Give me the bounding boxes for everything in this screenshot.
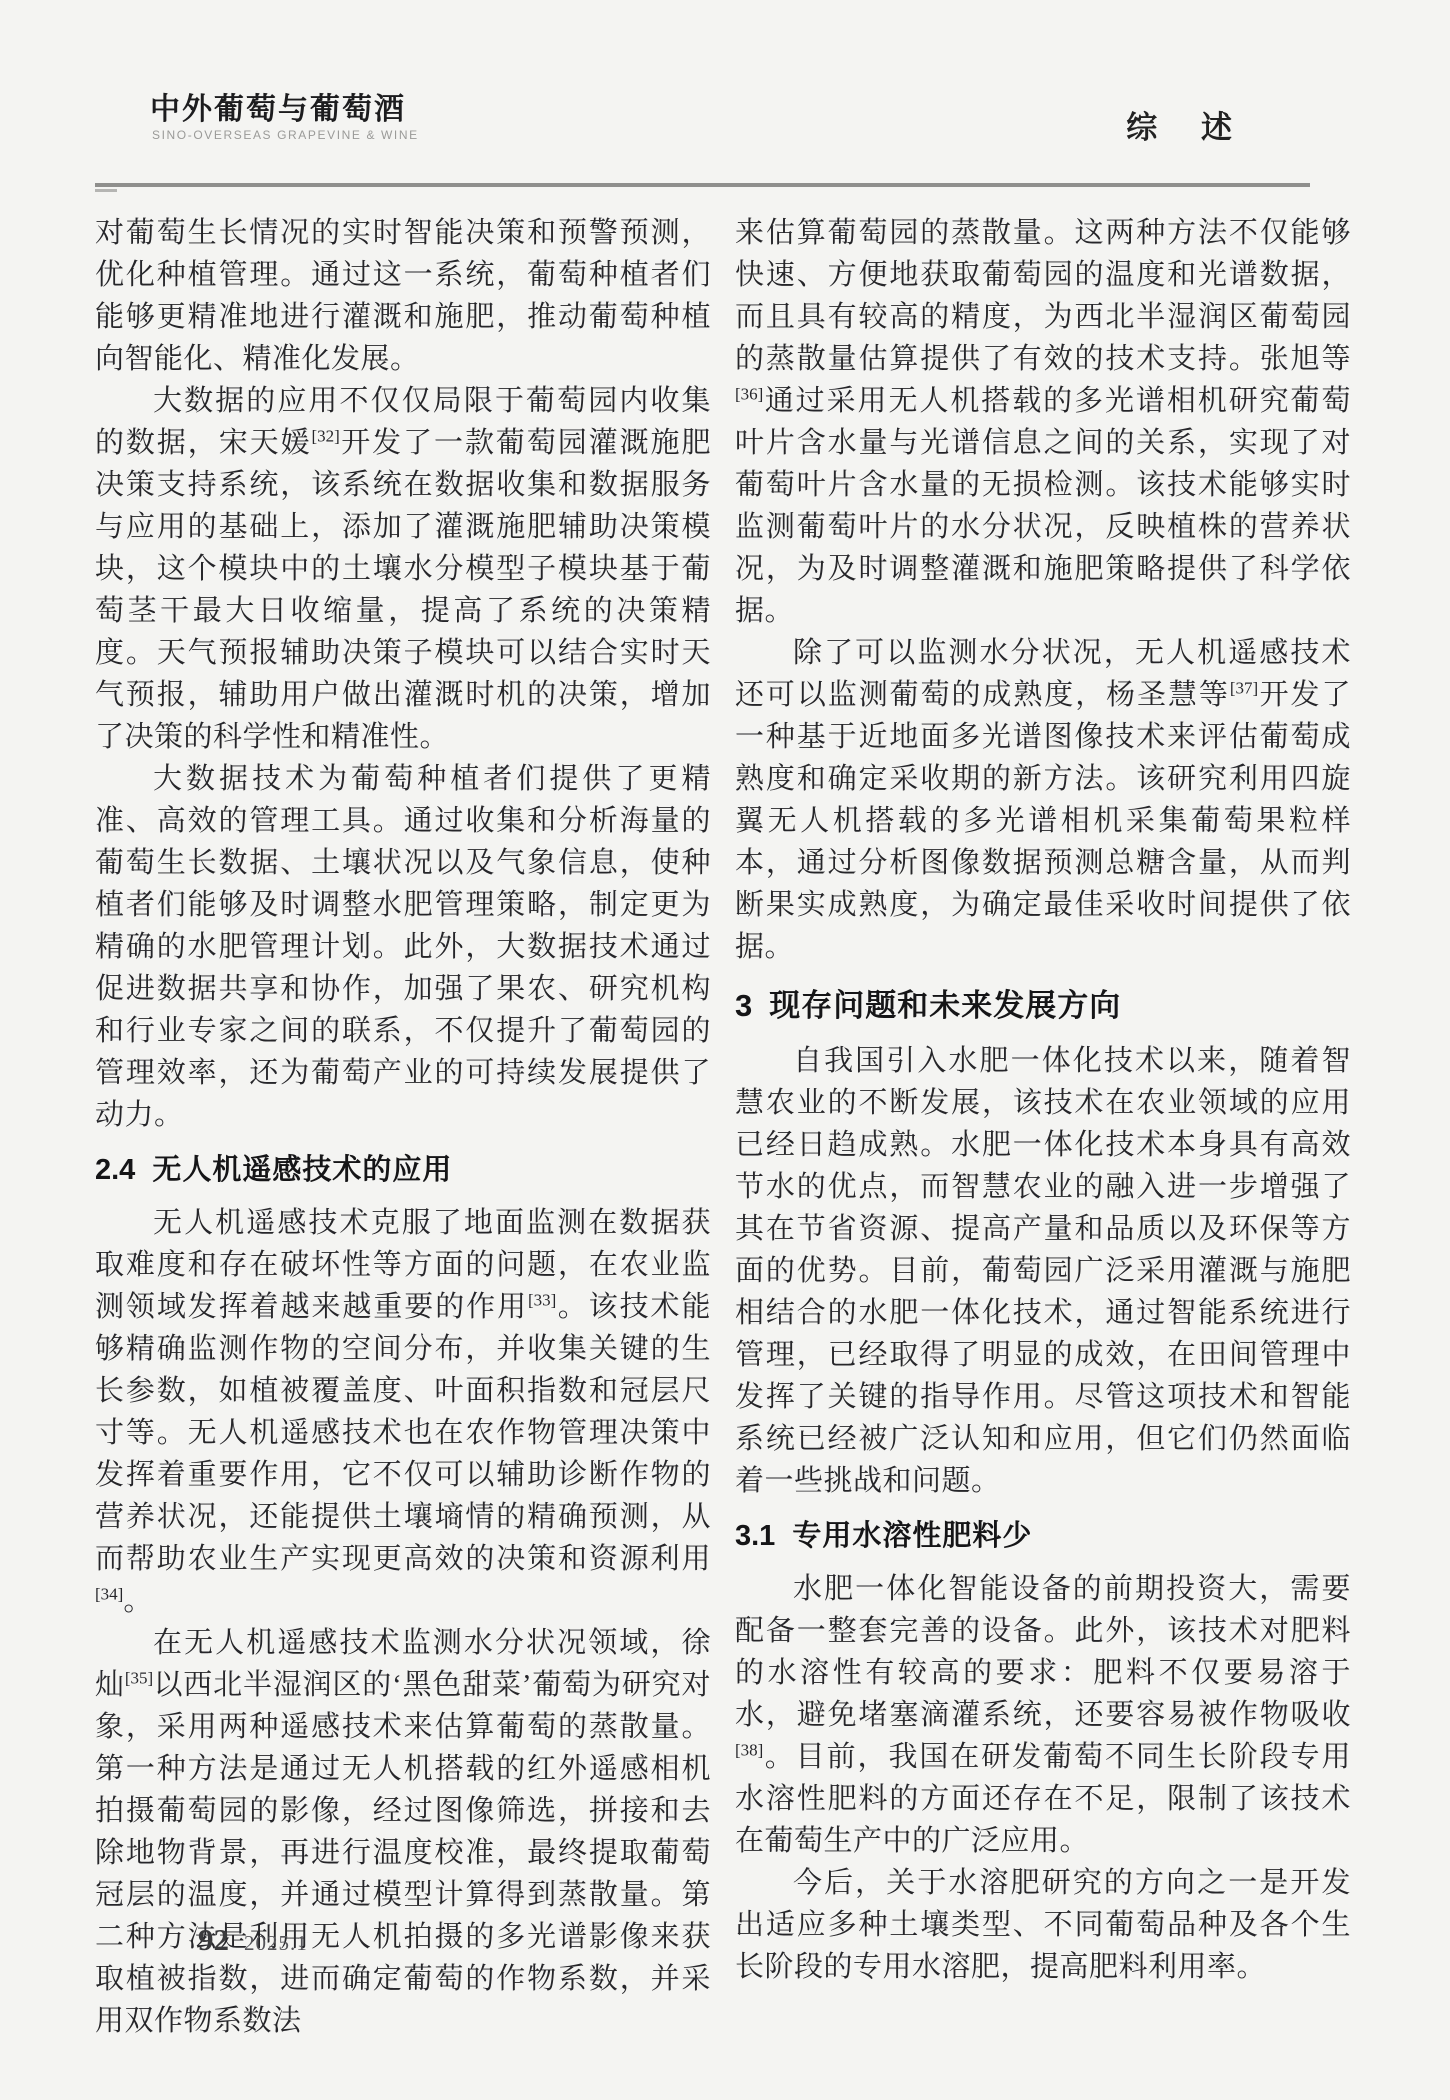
- text-run: 来估算葡萄园的蒸散量。这两种方法不仅能够快速、方便地获取葡萄园的温度和光谱数据，…: [735, 217, 1351, 375]
- column-right: 来估算葡萄园的蒸散量。这两种方法不仅能够快速、方便地获取葡萄园的温度和光谱数据，…: [735, 212, 1351, 1988]
- text-run: 开发了一款葡萄园灌溉施肥决策支持系统，该系统在数据收集和数据服务与应用的基础上，…: [95, 427, 711, 753]
- section-title: 专用水溶性肥料少: [792, 1520, 1032, 1552]
- text-run: 。: [123, 1585, 153, 1617]
- text-run: 大数据技术为葡萄种植者们提供了更精准、高效的管理工具。通过收集和分析海量的葡萄生…: [95, 763, 711, 1131]
- paragraph: 水肥一体化智能设备的前期投资大，需要配备一整套完善的设备。此外，该技术对肥料的水…: [735, 1568, 1351, 1862]
- paragraph: 来估算葡萄园的蒸散量。这两种方法不仅能够快速、方便地获取葡萄园的温度和光谱数据，…: [735, 212, 1351, 632]
- section-heading-2.4: 2.4无人机遥感技术的应用: [95, 1149, 711, 1191]
- header-rule: [95, 183, 1310, 187]
- text-run: 对葡萄生长情况的实时智能决策和预警预测，优化种植管理。通过这一系统，葡萄种植者们…: [95, 217, 711, 375]
- issue-label: 2025.1: [244, 1931, 308, 1956]
- text-run: 。该技术能够精确监测作物的空间分布，并收集关键的生长参数，如植被覆盖度、叶面积指…: [95, 1291, 711, 1575]
- paragraph: 今后，关于水溶肥研究的方向之一是开发出适应多种土壤类型、不同葡萄品种及各个生长阶…: [735, 1862, 1351, 1988]
- text-run: 以西北半湿润区的‘黑色甜菜’葡萄为研究对象，采用两种遥感技术来估算葡萄的蒸散量。…: [95, 1669, 711, 2037]
- reference-marker: [34]: [95, 1584, 123, 1603]
- section-label: 综 述: [1126, 102, 1250, 147]
- page-number: 92: [198, 1922, 229, 1958]
- section-number: 3.1: [735, 1520, 775, 1552]
- journal-title: 中外葡萄与葡萄酒: [150, 84, 406, 128]
- section-title: 无人机遥感技术的应用: [152, 1154, 452, 1186]
- text-run: 开发了一种基于近地面多光谱图像技术来评估葡萄成熟度和确定采收期的新方法。该研究利…: [735, 679, 1351, 963]
- section-number: 2.4: [95, 1154, 135, 1186]
- reference-marker: [36]: [735, 384, 763, 403]
- section-heading-3: 3现存问题和未来发展方向: [735, 985, 1351, 1027]
- reference-marker: [32]: [312, 426, 340, 445]
- journal-page: 中外葡萄与葡萄酒 SINO-OVERSEAS GRAPEVINE & WINE …: [0, 0, 1450, 2100]
- text-run: 自我国引入水肥一体化技术以来，随着智慧农业的不断发展，该技术在农业领域的应用已经…: [735, 1045, 1351, 1497]
- paragraph: 自我国引入水肥一体化技术以来，随着智慧农业的不断发展，该技术在农业领域的应用已经…: [735, 1040, 1351, 1502]
- text-run: 水肥一体化智能设备的前期投资大，需要配备一整套完善的设备。此外，该技术对肥料的水…: [735, 1573, 1351, 1731]
- column-left: 对葡萄生长情况的实时智能决策和预警预测，优化种植管理。通过这一系统，葡萄种植者们…: [95, 212, 711, 2042]
- reference-marker: [33]: [528, 1290, 556, 1309]
- section-title: 现存问题和未来发展方向: [769, 988, 1121, 1023]
- reference-marker: [37]: [1230, 678, 1258, 697]
- paragraph: 大数据的应用不仅仅局限于葡萄园内收集的数据，宋天媛[32]开发了一款葡萄园灌溉施…: [95, 380, 711, 758]
- paragraph: 无人机遥感技术克服了地面监测在数据获取难度和存在破坏性等方面的问题，在农业监测领…: [95, 1202, 711, 1622]
- journal-subtitle: SINO-OVERSEAS GRAPEVINE & WINE: [152, 128, 419, 142]
- section-number: 3: [735, 988, 752, 1023]
- paragraph: 对葡萄生长情况的实时智能决策和预警预测，优化种植管理。通过这一系统，葡萄种植者们…: [95, 212, 711, 380]
- reference-marker: [38]: [735, 1740, 763, 1759]
- header-rule-tick: [95, 189, 117, 192]
- paragraph: 在无人机遥感技术监测水分状况领域，徐灿[35]以西北半湿润区的‘黑色甜菜’葡萄为…: [95, 1622, 711, 2042]
- paragraph: 大数据技术为葡萄种植者们提供了更精准、高效的管理工具。通过收集和分析海量的葡萄生…: [95, 758, 711, 1136]
- text-run: 。目前，我国在研发葡萄不同生长阶段专用水溶性肥料的方面还存在不足，限制了该技术在…: [735, 1741, 1351, 1857]
- text-run: 今后，关于水溶肥研究的方向之一是开发出适应多种土壤类型、不同葡萄品种及各个生长阶…: [735, 1867, 1351, 1983]
- text-run: 通过采用无人机搭载的多光谱相机研究葡萄叶片含水量与光谱信息之间的关系，实现了对葡…: [735, 385, 1351, 627]
- reference-marker: [35]: [125, 1668, 153, 1687]
- section-heading-3.1: 3.1专用水溶性肥料少: [735, 1515, 1351, 1557]
- footer: 92 2025.1: [198, 1922, 308, 1958]
- paragraph: 除了可以监测水分状况，无人机遥感技术还可以监测葡萄的成熟度，杨圣慧等[37]开发…: [735, 632, 1351, 968]
